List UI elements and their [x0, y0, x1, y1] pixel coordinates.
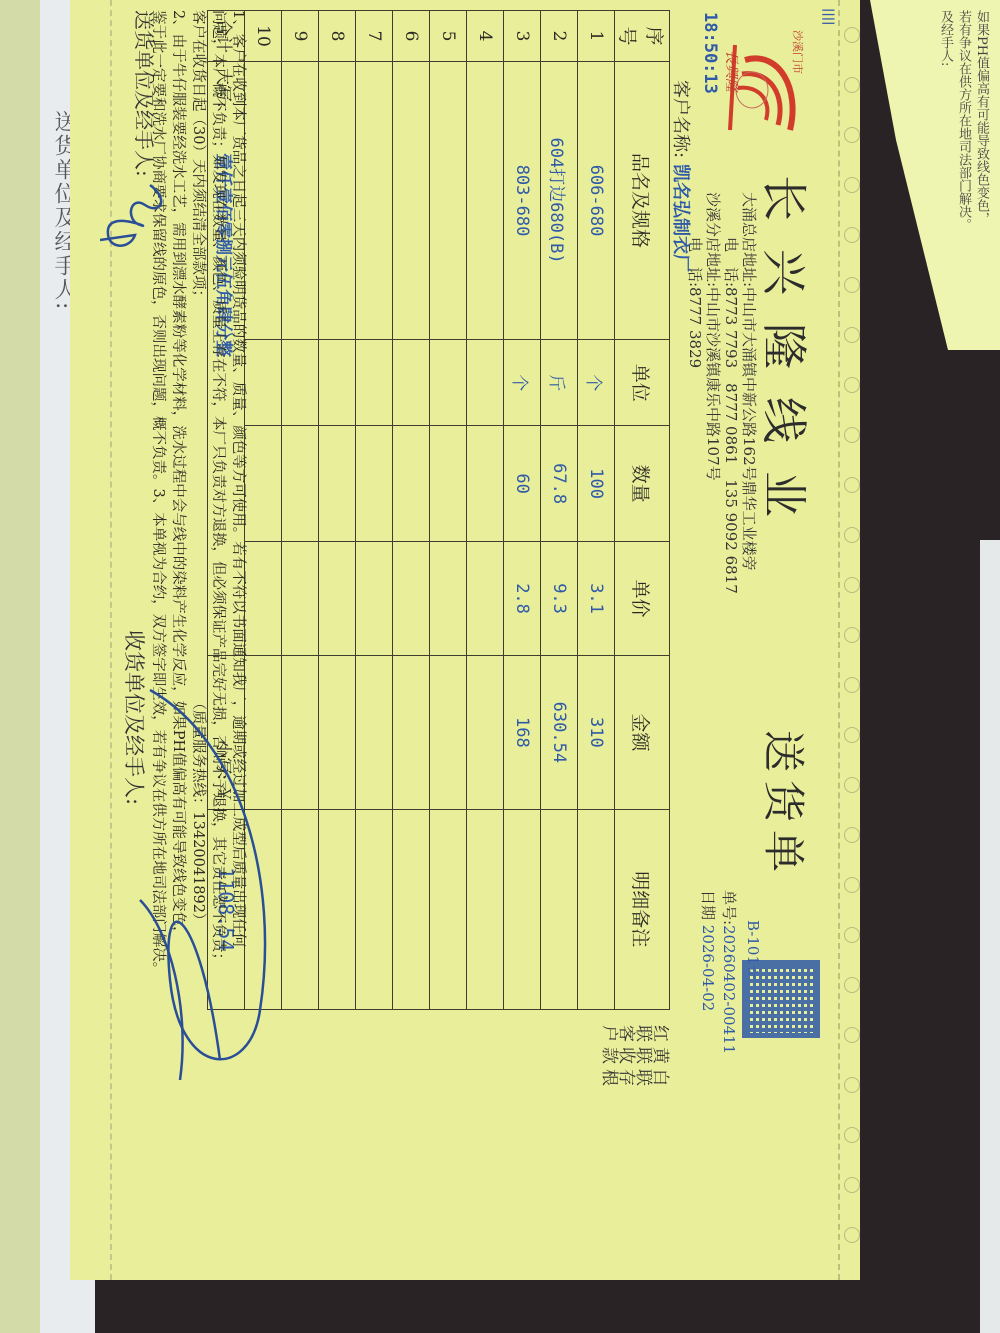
document-type-title: 送货单 [756, 730, 816, 880]
table-row: 3803-680个602.8168 [504, 11, 541, 1010]
delivery-note-paper: 沙溪门市 長興隆 18:50:13 长兴隆线业 送货单 大涌总店地址:中山市大涌… [70, 0, 860, 1280]
table-row: 1606-680个1003.1310 [578, 11, 615, 1010]
customer-line: 客户名称:凯名弘制衣厂 [669, 80, 695, 272]
handwritten-circle-mark-icon [130, 680, 300, 1100]
print-time: 18:50:13 [700, 12, 720, 94]
table-row: 4 [467, 11, 504, 1010]
delivery-note: 沙溪门市 長興隆 18:50:13 长兴隆线业 送货单 大涌总店地址:中山市大涌… [70, 0, 860, 1280]
head-office-address: 大涌总店地址:中山市大涌镇中新公路162号鼎华工业楼旁 [739, 175, 760, 571]
sender-signature-label: 送货单位及经手人: [131, 10, 160, 177]
perforation-line [838, 0, 840, 1280]
qr-code-icon [742, 960, 820, 1038]
document-date: 2026-04-02 [699, 925, 717, 1011]
corner-slip-text: 如果PH值偏高有可能导致线色变色， 若有争议在供方所在地司法部门解决。 及经手人… [936, 10, 990, 231]
edge-marks: |||| [822, 8, 836, 25]
table-row: 2604打边680(B)斤67.89.3630.54 [541, 11, 578, 1010]
company-name: 长兴隆线业 [754, 175, 820, 545]
handwritten-signature-icon [100, 180, 170, 260]
branch-office-address: 沙溪分店地址:中山市沙溪镇康乐中路107号 [703, 175, 724, 481]
table-row: 8 [319, 11, 356, 1010]
logo-subtitle: 長興隆 [722, 50, 742, 92]
sheet-edge-stripe [0, 0, 40, 1333]
background-sheet-right [980, 540, 1000, 1333]
table-row: 7 [356, 11, 393, 1010]
table-row: 5 [430, 11, 467, 1010]
copy-labels: 白联存根 黄联收款 红联客户 [550, 1020, 670, 1086]
table-header-row: 序号 品名及规格 单位 数量 单价 金额 明细备注 [615, 11, 670, 1010]
document-number: 单号:20260402-00411 日期 2026-04-02 [698, 890, 740, 1054]
customer-name: 凯名弘制衣厂 [670, 164, 691, 272]
table-row: 6 [393, 11, 430, 1010]
head-office-phone: 电 话:8773 7793 8777 0861 135 9092 6817 [721, 175, 742, 594]
tractor-feed-holes [842, 10, 860, 1260]
background-slip-corner: 如果PH值偏高有可能导致线色变色， 若有争议在供方所在地司法部门解决。 及经手人… [870, 0, 1000, 350]
